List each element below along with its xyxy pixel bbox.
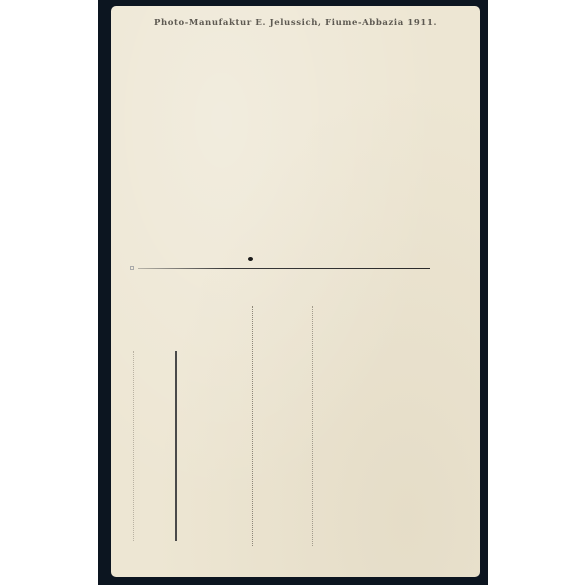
- horizontal-divider-line: [138, 268, 430, 269]
- address-guide-line-3: [252, 306, 253, 546]
- address-guide-line-2: [175, 351, 177, 541]
- publisher-imprint: Photo-Manufaktur E. Jelussich, Fiume-Abb…: [111, 18, 480, 28]
- address-guide-line-4: [312, 306, 313, 546]
- address-guide-line-1: [133, 351, 134, 541]
- postcard-back: Photo-Manufaktur E. Jelussich, Fiume-Abb…: [111, 6, 480, 577]
- ink-dot: [248, 257, 253, 261]
- divider-start-mark: [130, 266, 134, 270]
